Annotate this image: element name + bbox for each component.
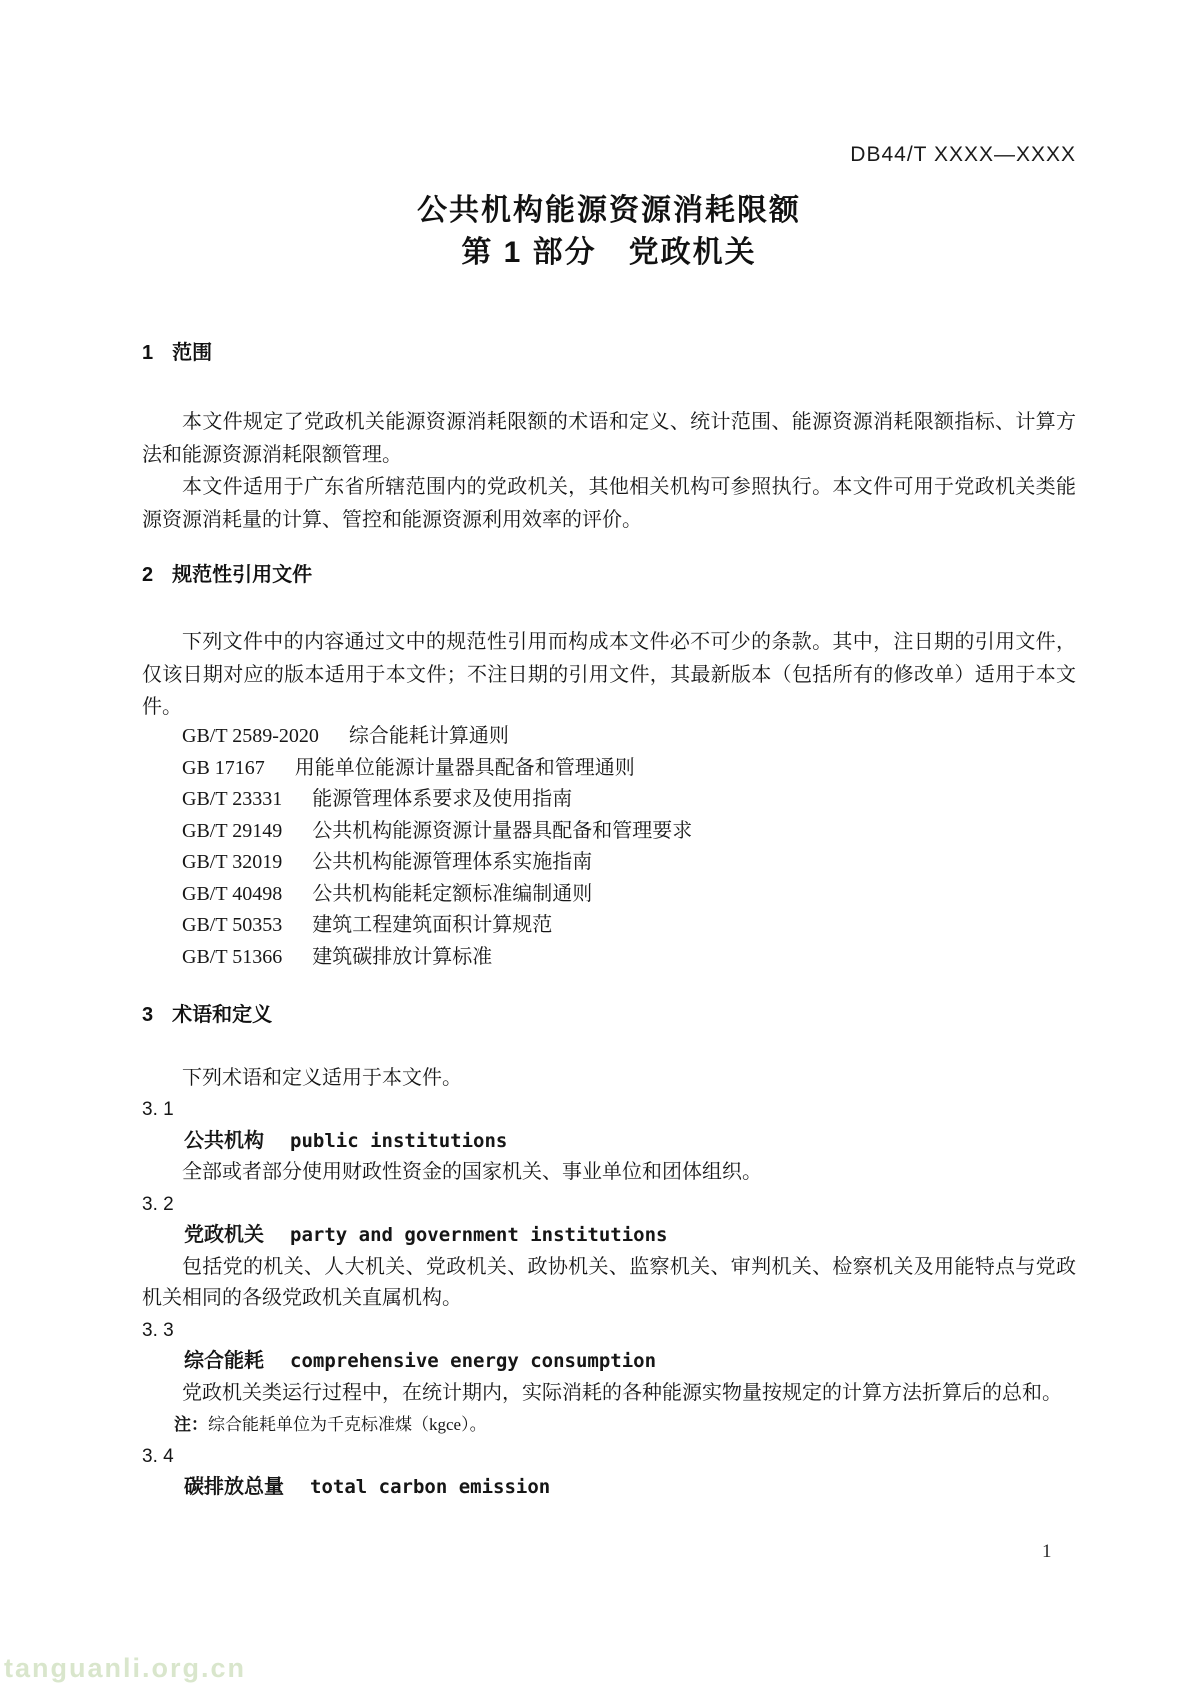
reference-item: GB/T 29149公共机构能源资源计量器具配备和管理要求	[142, 816, 1076, 848]
reference-title: 用能单位能源计量器具配备和管理通则	[295, 757, 635, 779]
reference-item: GB/T 23331能源管理体系要求及使用指南	[142, 784, 1076, 816]
section-2-paragraph: 下列文件中的内容通过文中的规范性引用而构成本文件必不可少的条款。其中，注日期的引…	[142, 626, 1076, 724]
term-number: 3. 1	[142, 1094, 1076, 1126]
section-2-heading: 2规范性引用文件	[142, 560, 1076, 590]
term-heading: 党政机关party and government institutions	[142, 1220, 1076, 1252]
terms-and-definitions: 3. 1 公共机构public institutions 全部或者部分使用财政性…	[142, 1094, 1076, 1504]
doc-code: DB44/T XXXX—XXXX	[850, 143, 1076, 167]
section-1-title: 范围	[172, 342, 212, 364]
reference-code: GB/T 2589-2020	[182, 725, 319, 747]
reference-code: GB/T 50353	[182, 914, 282, 936]
reference-title: 能源管理体系要求及使用指南	[312, 788, 572, 810]
reference-code: GB/T 23331	[182, 788, 282, 810]
section-3-title: 术语和定义	[172, 1004, 272, 1026]
section-3-heading: 3术语和定义	[142, 1000, 1076, 1030]
section-2-number: 2	[142, 560, 153, 590]
term-note-label: 注：	[174, 1415, 208, 1434]
reference-item: GB/T 2589-2020综合能耗计算通则	[142, 721, 1076, 753]
reference-item: GB/T 51366建筑碳排放计算标准	[142, 942, 1076, 974]
section-1-number: 1	[142, 338, 153, 368]
doc-title: 公共机构能源资源消耗限额 第 1 部分 党政机关	[142, 190, 1076, 274]
reference-code: GB/T 51366	[182, 946, 282, 968]
term-note-text: 综合能耗单位为千克标准煤（kgce）。	[208, 1415, 487, 1434]
section-2-title: 规范性引用文件	[172, 564, 312, 586]
term-name-zh: 综合能耗	[184, 1350, 264, 1372]
term-heading: 碳排放总量total carbon emission	[142, 1472, 1076, 1504]
reference-title: 综合能耗计算通则	[349, 725, 509, 747]
reference-title: 建筑工程建筑面积计算规范	[312, 914, 552, 936]
term-definition: 包括党的机关、人大机关、党政机关、政协机关、监察机关、审判机关、检察机关及用能特…	[142, 1252, 1076, 1315]
normative-references-list: GB/T 2589-2020综合能耗计算通则 GB 17167用能单位能源计量器…	[142, 721, 1076, 973]
doc-title-line1: 公共机构能源资源消耗限额	[142, 190, 1076, 232]
term-name-en: total carbon emission	[310, 1476, 550, 1498]
reference-title: 建筑碳排放计算标准	[312, 946, 492, 968]
section-3-intro: 下列术语和定义适用于本文件。	[142, 1062, 1076, 1095]
term-number: 3. 2	[142, 1189, 1076, 1221]
term-name-en: public institutions	[290, 1130, 507, 1152]
term-note: 注：综合能耗单位为千克标准煤（kgce）。	[142, 1409, 1076, 1441]
term-heading: 公共机构public institutions	[142, 1126, 1076, 1158]
reference-code: GB/T 32019	[182, 851, 282, 873]
term-name-zh: 党政机关	[184, 1224, 264, 1246]
watermark: tanguanli.org.cn	[4, 1653, 246, 1683]
reference-code: GB 17167	[182, 757, 265, 779]
term-number: 3. 3	[142, 1315, 1076, 1347]
section-1-paragraph: 本文件适用于广东省所辖范围内的党政机关，其他相关机构可参照执行。本文件可用于党政…	[142, 471, 1076, 536]
term-heading: 综合能耗comprehensive energy consumption	[142, 1346, 1076, 1378]
section-2-intro: 下列文件中的内容通过文中的规范性引用而构成本文件必不可少的条款。其中，注日期的引…	[142, 626, 1076, 724]
section-1-paragraph: 本文件规定了党政机关能源资源消耗限额的术语和定义、统计范围、能源资源消耗限额指标…	[142, 406, 1076, 471]
page-number: 1	[1042, 1541, 1052, 1563]
reference-item: GB 17167用能单位能源计量器具配备和管理通则	[142, 753, 1076, 785]
reference-code: GB/T 29149	[182, 820, 282, 842]
term-name-en: comprehensive energy consumption	[290, 1350, 656, 1372]
term-name-zh: 公共机构	[184, 1130, 264, 1152]
doc-title-line2: 第 1 部分 党政机关	[142, 232, 1076, 274]
term-definition: 党政机关类运行过程中，在统计期内，实际消耗的各种能源实物量按规定的计算方法折算后…	[142, 1378, 1076, 1410]
section-1-heading: 1范围	[142, 338, 1076, 368]
reference-title: 公共机构能源资源计量器具配备和管理要求	[312, 820, 692, 842]
section-1-body: 本文件规定了党政机关能源资源消耗限额的术语和定义、统计范围、能源资源消耗限额指标…	[142, 406, 1076, 536]
term-name-en: party and government institutions	[290, 1224, 668, 1246]
term-name-zh: 碳排放总量	[184, 1476, 284, 1498]
section-3-number: 3	[142, 1000, 153, 1030]
reference-item: GB/T 50353建筑工程建筑面积计算规范	[142, 910, 1076, 942]
reference-item: GB/T 32019公共机构能源管理体系实施指南	[142, 847, 1076, 879]
reference-item: GB/T 40498公共机构能耗定额标准编制通则	[142, 879, 1076, 911]
section-3-intro-text: 下列术语和定义适用于本文件。	[142, 1062, 1076, 1095]
term-number: 3. 4	[142, 1441, 1076, 1473]
reference-code: GB/T 40498	[182, 883, 282, 905]
reference-title: 公共机构能源管理体系实施指南	[312, 851, 592, 873]
reference-title: 公共机构能耗定额标准编制通则	[312, 883, 592, 905]
term-definition: 全部或者部分使用财政性资金的国家机关、事业单位和团体组织。	[142, 1157, 1076, 1189]
